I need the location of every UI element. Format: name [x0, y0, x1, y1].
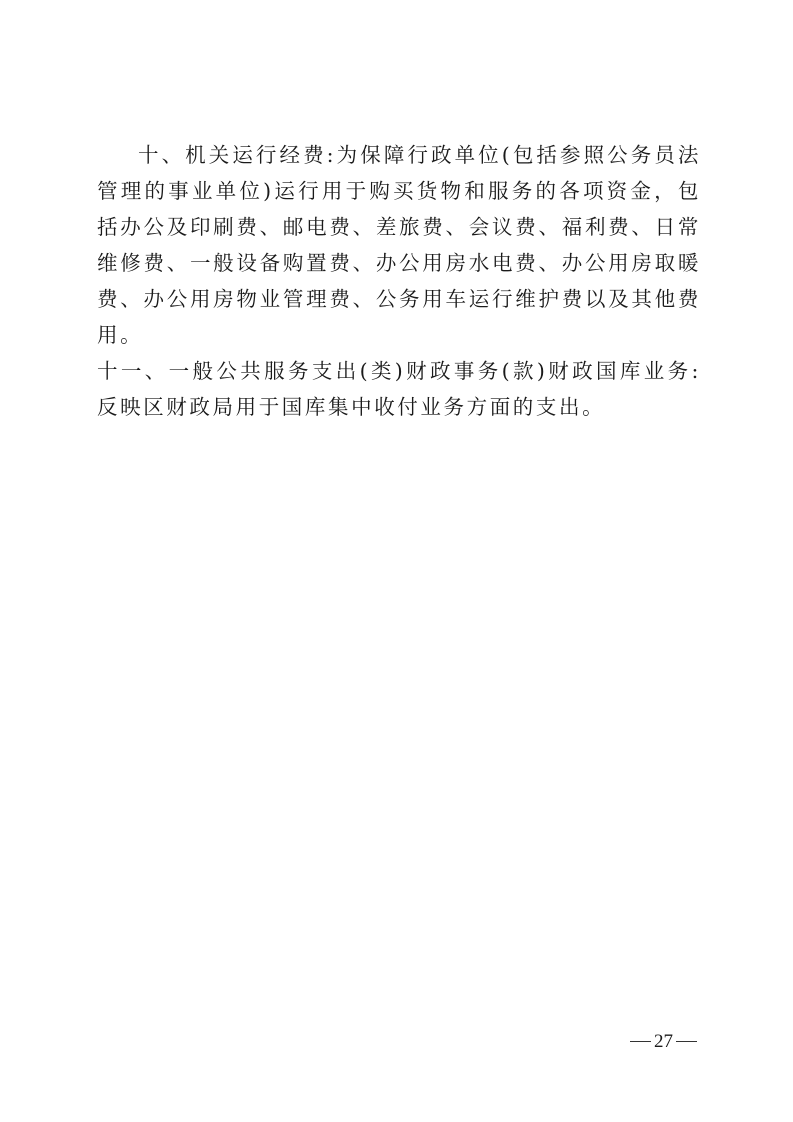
document-page: 十、机关运行经费:为保障行政单位(包括参照公务员法管理的事业单位)运行用于购买货…	[0, 0, 793, 1122]
right-dash-decoration	[676, 1041, 697, 1042]
paragraph-item-11-treasury-business: 十一、一般公共服务支出(类)财政事务(款)财政国库业务:反映区财政局用于国库集中…	[97, 353, 701, 425]
left-dash-decoration	[630, 1041, 651, 1042]
document-body: 十、机关运行经费:为保障行政单位(包括参照公务员法管理的事业单位)运行用于购买货…	[97, 137, 701, 425]
page-number-footer: 27	[627, 1030, 700, 1054]
paragraph-item-10-operating-expenses: 十、机关运行经费:为保障行政单位(包括参照公务员法管理的事业单位)运行用于购买货…	[97, 137, 701, 353]
page-number: 27	[654, 1031, 673, 1052]
